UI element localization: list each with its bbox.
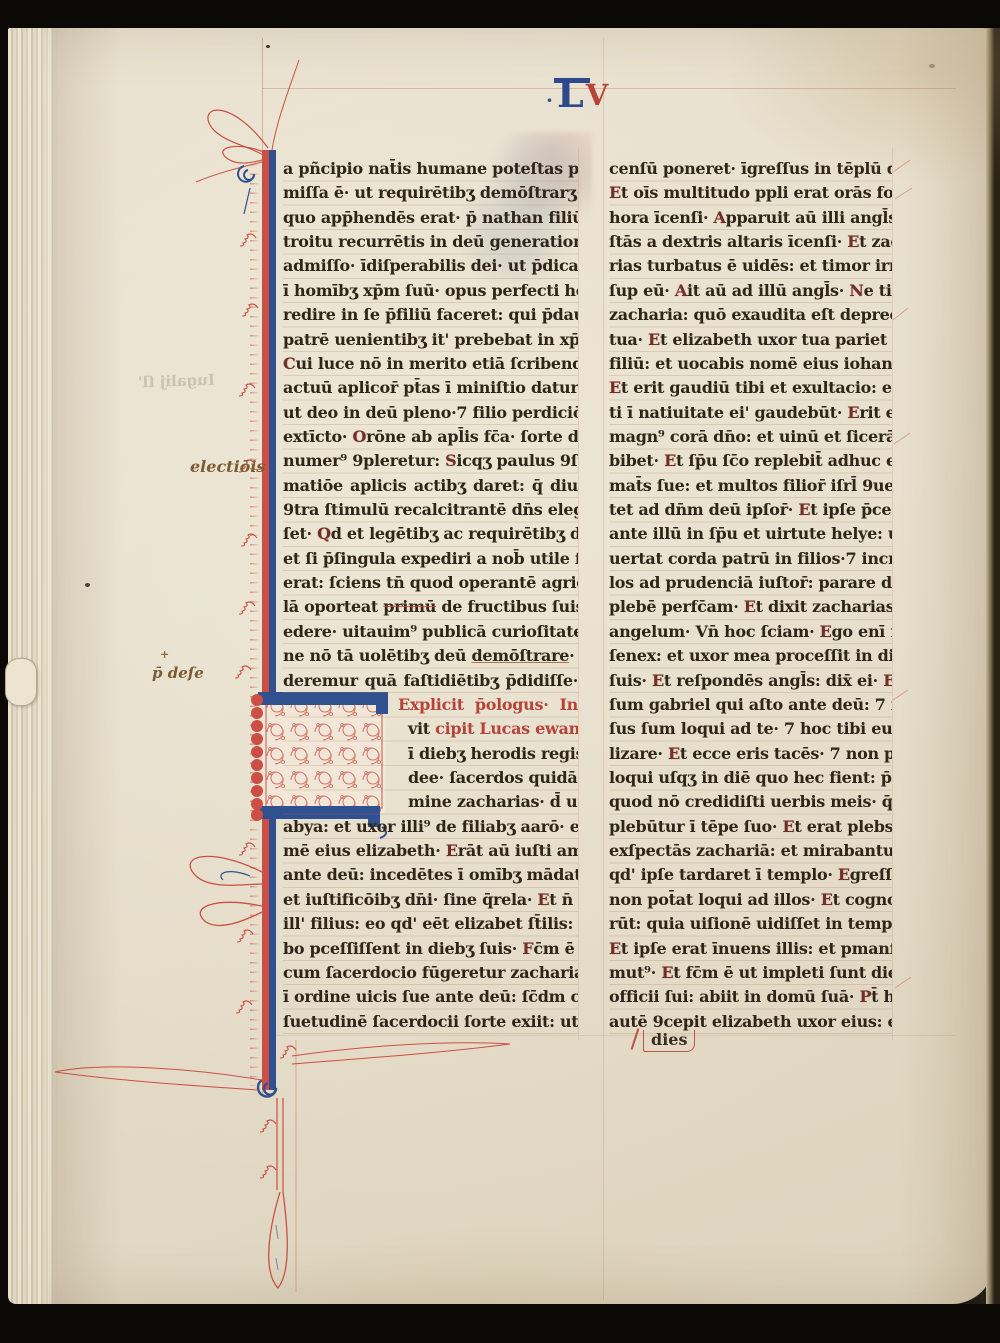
text-line: filiū: et uocabis nomē eius iohannē· [609, 352, 892, 376]
parchment-index-tab [5, 658, 37, 706]
text-line: tet ad dn̄m deū ipſor̄· Et ipſe p̄cedet [609, 498, 892, 522]
text-line: redire in ſe p̄filiū faceret: qui p̄daui… [283, 303, 578, 327]
text-line: zacharia: quō exaudita eſt deprecatio [609, 303, 892, 327]
text-line: miſſa ē· ut requirētibʒ demōſtrarʒ· in [283, 181, 578, 205]
text-line: Et ipſe erat īnuens illis: et pmanſit [609, 937, 892, 961]
penwork-fringe [250, 156, 261, 1086]
text-line: uertat corda patrū in filios·7 incredu [609, 547, 892, 571]
text-line: 9tra ſtimulū recalcitrantē dn̄s elegiſ [283, 498, 578, 522]
text-line: et ſi p̄ſingula expediri a nob̄ utile fu [283, 547, 578, 571]
text-line: ſtās a dextris altaris īcenſi· Et zacha [609, 230, 892, 254]
photo-border-top [0, 0, 1000, 28]
text-line: ī homībʒ xp̄m ſuū· opus perfecti hōis [283, 279, 578, 303]
text-line: ī ordine uicis ſue ante deū: ſc̄dm con [283, 985, 578, 1009]
text-line: patrē uenientibʒ it' prebebat in xp̄m· [283, 328, 578, 352]
text-line: mut⁹· Et fc̄m ē ut impleti ſunt dies [609, 961, 892, 985]
marginal-note-pdese: p̄ deſe [152, 664, 204, 682]
text-line: ti ī natiuitate ei' gaudebūt· Erit enim [609, 401, 892, 425]
text-line: ī diebʒ herodis regis iu [283, 742, 578, 766]
text-line: cenſū poneret· īgreſſus in tēplū dn̄i· [609, 157, 892, 181]
text-line: dee· ſacerdos quidā no [283, 766, 578, 790]
text-line: cum ſacerdocio fūgeretur zacharias [283, 961, 578, 985]
text-line: extīcto· Orōne ab apl̄is fc̄a· ſorte dn̄… [283, 425, 578, 449]
text-line: ſup eū· Ait aū ad illū angl̄s· Ne timeas [609, 279, 892, 303]
text-column-right: cenſū poneret· īgreſſus in tēplū dn̄i·Et… [609, 157, 892, 1035]
marginal-note-electionis: electiōis [190, 457, 265, 476]
text-line: abya: et uxor illi⁹ de filiabʒ aarō· et … [283, 815, 578, 839]
running-title-L: L [557, 74, 584, 114]
text-line: mine zacharias· d̄ uice [283, 790, 578, 814]
showthrough-marginal-note: Iugalij ſl' [138, 371, 216, 392]
text-line: ſuetudinē ſacerdocii ſorte exiit: ut in [283, 1010, 578, 1034]
text-line: et iuſtificōibʒ dn̄i· ſine q̄rela· Et n̄… [283, 888, 578, 912]
ink-speck [929, 64, 935, 68]
text-line: rias turbatus ē uidēs: et timor irruit [609, 254, 892, 278]
text-line: ſenex: et uxor mea proceſſit in diebus [609, 644, 892, 668]
text-line: plebūtur ī tēpe ſuo· Et erat plebs [609, 815, 892, 839]
text-line: ante illū in ſp̄u et uirtute helye: ut 9 [609, 522, 892, 546]
fore-edge [986, 28, 994, 1304]
text-line: ill' filius: eo qd' eēt elizabet ſt̄ilis… [283, 912, 578, 936]
text-line: quod nō credidiſti uerbis meis· q̄ im [609, 790, 892, 814]
text-line: deremur quā faſtidiētibʒ p̄didiſſe· [283, 669, 578, 693]
text-line: bo pceſſiſſent in diebʒ ſuis· Fc̄m ē aut… [283, 937, 578, 961]
text-line: officii ſui: abiit in domū ſuā· Pt̄ hos [609, 985, 892, 1009]
text-line: troitu recurrētis in deū generationis [283, 230, 578, 254]
photo-border-bottom [0, 1304, 1000, 1343]
gutter-shadow [52, 28, 122, 1304]
text-line: plebē perfc̄am· Et dixit zacharias ad [609, 595, 892, 619]
text-line: ut deo in deū pleno·7 filio perdiciōis [283, 401, 578, 425]
text-line: angelum· Vn̄ hoc ſciam· Ego enī ſum [609, 620, 892, 644]
text-line: matiōe aplicis actibʒ daret: q̄ diu [283, 474, 578, 498]
text-line: qd' ipſe tardaret ī templo· Egreſſ⁹ autē… [609, 863, 892, 887]
running-title: · L V [546, 74, 608, 122]
text-line: mat̄s ſue: et multos filior̄ iſrl̄ 9uer [609, 474, 892, 498]
text-line: rūt: quia uiſionē uidiſſet in templo· [609, 912, 892, 936]
penwork-bar-red [262, 150, 269, 1090]
marginal-cross-mark: + [160, 648, 169, 661]
text-line: Explicit p̄ologus· In [283, 693, 578, 717]
text-column-left: a pñcipio nat̄is humane poteſtas permiſſ… [283, 157, 578, 1035]
text-line: vit cipit Lucas ewanḡ: [283, 717, 578, 741]
text-line: loqui uſqʒ in diē quo hec fient: p̄ eo [609, 766, 892, 790]
text-line: lizare· Et ecce eris tacēs· 7 non poteri… [609, 742, 892, 766]
text-line: Cui luce nō in merito etiā ſcribendor̄ [283, 352, 578, 376]
penwork-bar-blue [269, 150, 276, 1090]
running-title-V: V [586, 80, 609, 110]
text-line: tua· Et elizabeth uxor tua pariet tibi [609, 328, 892, 352]
text-line: quo app̄hendēs erat· p̄ nathan filiū· in [283, 206, 578, 230]
text-line: ſet· Qd et legētibʒ ac requirētibʒ deum· [283, 522, 578, 546]
text-line: hora īcenſi· Apparuit aū illi angl̄s dn̄… [609, 206, 892, 230]
text-line: mē eius elizabeth· Erāt aū iuſti ambo [283, 839, 578, 863]
text-line: edere· uitauim⁹ publicā curioſitatem: [283, 620, 578, 644]
text-line: ſuis· Et reſpondēs angl̄s: dix̄ ei· Ego [609, 669, 892, 693]
text-line: numer⁹ 9pleretur: Sicqʒ paulus 9ſum [283, 449, 578, 473]
text-line: Et erit gaudiū tibi et exultacio: et ml̄ [609, 376, 892, 400]
text-line: erat: ſciens tn̄ quod operantē agrico [283, 571, 578, 595]
text-line: magn⁹ corā dn̄o: et uinū et ſicerā nō [609, 425, 892, 449]
text-line: ſus ſum loqui ad te· 7 hoc tibi euāge [609, 717, 892, 741]
header-paraph-dot: · [546, 88, 553, 112]
text-line: ne nō tā uolētibʒ deū demōſtrare· ui [283, 644, 578, 668]
text-line: ſum gabriel qui aſto ante deū: 7 miſ [609, 693, 892, 717]
text-line: Et oīs multitudo ppli erat orās foris: [609, 181, 892, 205]
text-line: a pñcipio nat̄is humane poteſtas per [283, 157, 578, 181]
ink-speck [266, 45, 270, 48]
text-line: ante deū: incedētes ī omībʒ mādatis [283, 863, 578, 887]
text-line: exſpectās zachariā: et mirabantur· [609, 839, 892, 863]
text-line: non pot̄at loqui ad illos· Et cognoue [609, 888, 892, 912]
text-line: bibet· Et ſp̄u ſc̄o replebit̄ adhuc ex u… [609, 449, 892, 473]
marginal-note-connector-line [253, 469, 263, 470]
interlinear-correction: dies [643, 1030, 695, 1052]
text-line: admiſſo· īdiſperabilis dei· ut p̄dicans [283, 254, 578, 278]
text-line: los ad prudenciā iuſtor̄: parare dn̄o [609, 571, 892, 595]
text-line: actuū aplicor̄ pt̄as ī miniſtio datur: [283, 376, 578, 400]
ink-speck [85, 583, 90, 587]
text-line: lā oporteat primū de fructibus ſuis [283, 595, 578, 619]
